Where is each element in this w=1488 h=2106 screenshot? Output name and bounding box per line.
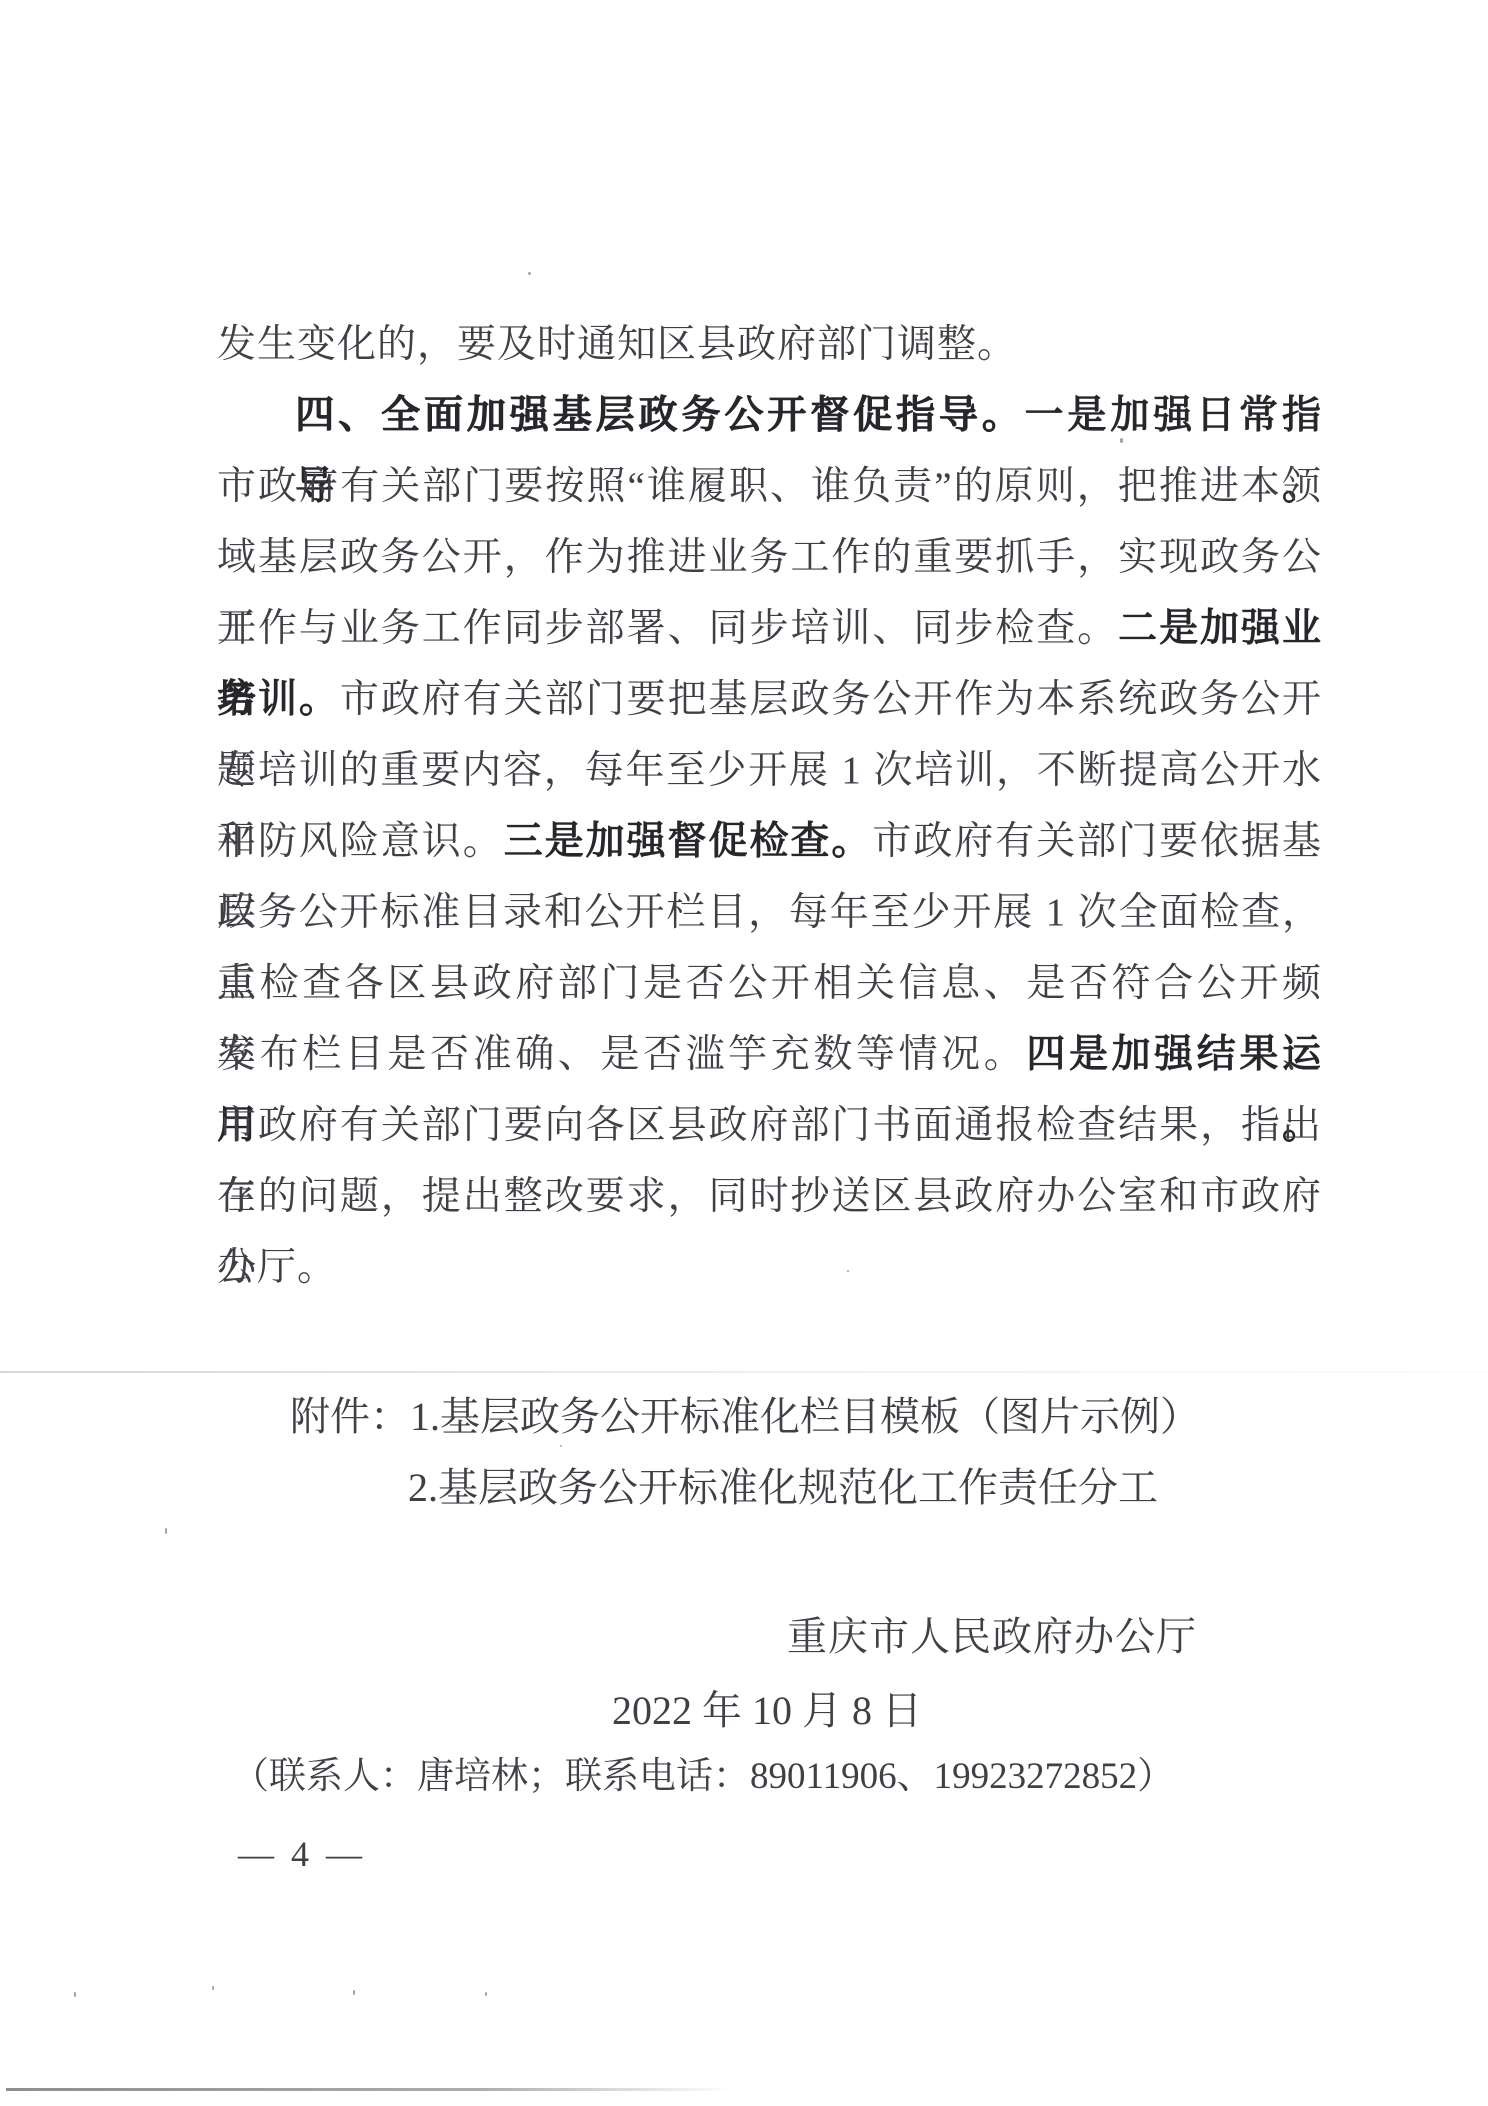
body-line-7: 题培训的重要内容，每年至少开展 1 次培训，不断提高公开水平 (217, 735, 1322, 806)
scan-speck (560, 1445, 562, 1447)
body-line-12: 市政府有关部门要向各区县政府部门书面通报检查结果，指出存 (217, 1090, 1322, 1161)
scan-speck (528, 272, 531, 275)
body-text-run: 发布栏目是否准确、是否滥竽充数等情况。 (217, 1033, 1026, 1076)
body-line-1: 发生变化的，要及时通知区县政府部门调整。 (217, 309, 1322, 380)
scanned-document-page: 发生变化的，要及时通知区县政府部门调整。 四、全面加强基层政务公开督促指导。一是… (0, 0, 1488, 2106)
scan-edge-line (6, 2088, 732, 2091)
emphasis-run: 三是加强督促检查。 (504, 820, 873, 863)
body-line-5: 工作与业务工作同步部署、同步培训、同步检查。二是加强业务 (217, 593, 1322, 664)
body-text-run: 公厅。 (217, 1246, 337, 1289)
scan-speck (847, 1270, 849, 1272)
attachment-item-2: 2.基层政务公开标准化规范化工作责任分工 (408, 1452, 1158, 1523)
attachment-label-spacer (290, 1452, 408, 1523)
scan-crease-line (0, 1371, 1488, 1373)
body-text-run: 和防风险意识。 (217, 820, 504, 863)
body-line-2: 四、全面加强基层政务公开督促指导。一是加强日常指导。 (217, 380, 1322, 451)
body-line-4: 域基层政务公开，作为推进业务工作的重要抓手，实现政务公开 (217, 522, 1322, 593)
section-heading: 四、全面加强基层政务公开督促指导。 (295, 394, 1025, 437)
body-text-run: 市政府有关部门要按照“谁履职、谁负责”的原则，把推进本领 (217, 465, 1322, 508)
scan-speck (74, 1992, 76, 1997)
issuing-authority-signature: 重庆市人民政府办公厅 (787, 1601, 1197, 1672)
body-line-11: 发布栏目是否准确、是否滥竽充数等情况。四是加强结果运用。 (217, 1019, 1322, 1090)
attachment-section: 附件：1.基层政务公开标准化栏目模板（图片示例） 2.基层政务公开标准化规范化工… (290, 1381, 1200, 1523)
body-line-8: 和防风险意识。三是加强督促检查。市政府有关部门要依据基层 (217, 806, 1322, 877)
page-number: — 4 — (238, 1834, 366, 1874)
scan-speck (485, 1992, 487, 1996)
body-text-run: 发生变化的，要及时通知区县政府部门调整。 (217, 323, 1017, 366)
attachment-row: 2.基层政务公开标准化规范化工作责任分工 (290, 1452, 1200, 1523)
body-line-6: 培训。市政府有关部门要把基层政务公开作为本系统政务公开专 (217, 664, 1322, 735)
attachment-row: 附件：1.基层政务公开标准化栏目模板（图片示例） (290, 1381, 1200, 1452)
scan-speck (1120, 438, 1123, 443)
attachment-label: 附件： (290, 1381, 410, 1452)
body-line-10: 点检查各区县政府部门是否公开相关信息、是否符合公开频率、 (217, 948, 1322, 1019)
document-body: 发生变化的，要及时通知区县政府部门调整。 四、全面加强基层政务公开督促指导。一是… (217, 309, 1322, 1303)
scan-speck (165, 1528, 167, 1534)
attachment-item-1: 1.基层政务公开标准化栏目模板（图片示例） (410, 1381, 1200, 1452)
body-line-14: 公厅。 (217, 1232, 1322, 1303)
contact-info-line: （联系人：唐培林；联系电话：89011906、19923272852） (232, 1741, 1174, 1812)
body-line-13: 在的问题，提出整改要求，同时抄送区县政府办公室和市政府办 (217, 1161, 1322, 1232)
body-line-9: 政务公开标准目录和公开栏目，每年至少开展 1 次全面检查，重 (217, 877, 1322, 948)
issue-date: 2022 年 10 月 8 日 (612, 1675, 922, 1746)
scan-speck (212, 1986, 214, 1990)
emphasis-run: 培训。 (217, 678, 340, 721)
body-line-3: 市政府有关部门要按照“谁履职、谁负责”的原则，把推进本领 (217, 451, 1322, 522)
scan-speck (353, 1990, 355, 1995)
body-text-run: 工作与业务工作同步部署、同步培训、同步检查。 (217, 607, 1118, 650)
